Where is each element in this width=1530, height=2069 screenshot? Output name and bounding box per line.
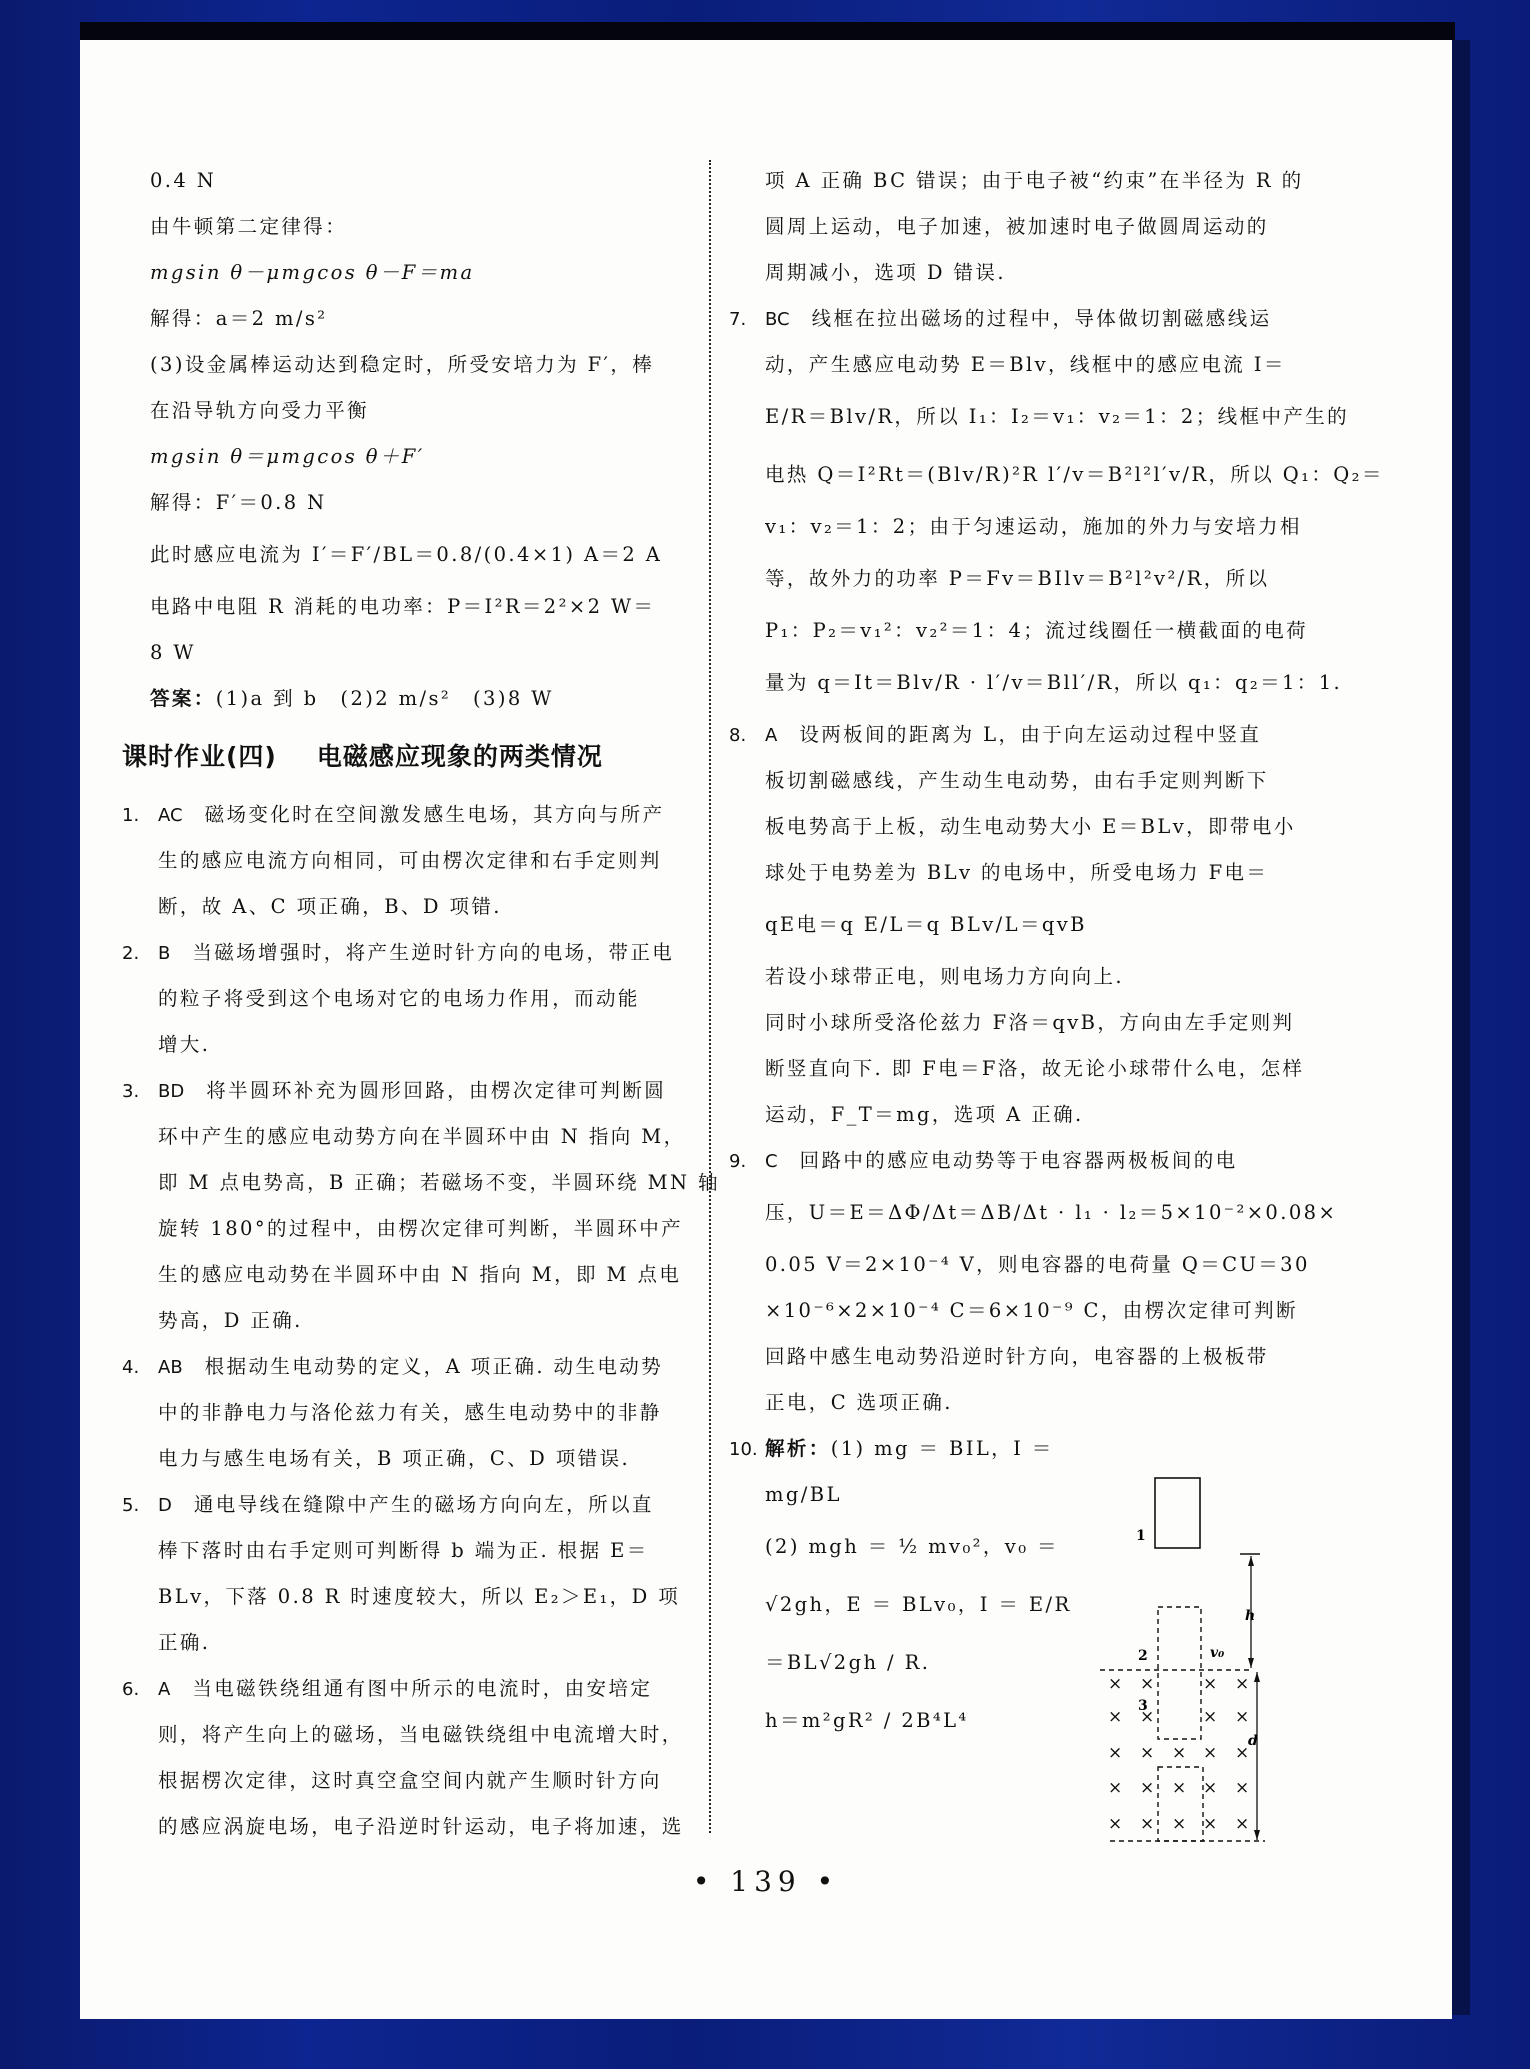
item-answer: C xyxy=(765,1151,778,1172)
answer-item-9: 9.C回路中的感应电动势等于电容器两极板间的电 压，U＝E＝ΔΦ/Δt＝ΔB/Δ… xyxy=(729,1138,1325,1426)
item-number: 4. xyxy=(122,1345,158,1391)
item-text: BLv，下落 0.8 R 时速度较大，所以 E₂＞E₁，D 项 xyxy=(158,1574,715,1620)
item-text: 板切割磁感线，产生动生电动势，由右手定则判断下 xyxy=(765,758,1325,804)
item-text: 运动，F_T＝mg，选项 A 正确. xyxy=(765,1092,1325,1138)
section-title-text: 电磁感应现象的两类情况 xyxy=(317,742,603,771)
answer-item-2: 2.B当磁场增强时，将产生逆时针方向的电场，带正电 的粒子将受到这个电场对它的电… xyxy=(122,930,715,1068)
item-text: 将半圆环补充为圆形回路，由楞次定律可判断圆 xyxy=(206,1079,666,1102)
svg-text:×: × xyxy=(1235,1814,1249,1834)
text-line: 解得：a＝2 m/s² xyxy=(150,296,715,342)
item-text: 根据楞次定律，这时真空盒空间内就产生顺时针方向 xyxy=(158,1758,715,1804)
item-text: v₁：v₂＝1：2；由于匀速运动，施加的外力与安培力相 xyxy=(765,504,1325,550)
answer-text: (1)a 到 b (2)2 m/s² (3)8 W xyxy=(216,687,554,710)
item-text: 设两板间的距离为 L，由于向左运动过程中竖直 xyxy=(799,723,1261,746)
svg-text:×: × xyxy=(1108,1674,1122,1694)
section-title-prefix: 课时作业(四) xyxy=(122,742,277,771)
svg-text:×: × xyxy=(1203,1674,1217,1694)
svg-text:×: × xyxy=(1140,1674,1154,1694)
item-text: 旋转 180°的过程中，由楞次定律可判断，半圆环中产 xyxy=(158,1206,715,1252)
item-text: 球处于电势差为 BLv 的电场中，所受电场力 F电＝ xyxy=(765,850,1325,896)
answer-item-4: 4.AB根据动生电动势的定义，A 项正确. 动生电动势 中的非静电力与洛伦兹力有… xyxy=(122,1344,715,1482)
item-text: 等，故外力的功率 P＝Fv＝BIlv＝B²l²v²/R，所以 xyxy=(765,550,1325,608)
label-height: h xyxy=(1245,1608,1255,1624)
item-number: 3. xyxy=(122,1069,158,1115)
answer-item-8: 8.A设两板间的距离为 L，由于向左运动过程中竖直 板切割磁感线，产生动生电动势… xyxy=(729,712,1325,1138)
continuation-line: 项 A 正确 BC 错误；由于电子被“约束”在半径为 R 的 xyxy=(765,158,1325,204)
item-text: 电热 Q＝I²Rt＝(Blv/R)²R l′/v＝B²l²l′v/R，所以 Q₁… xyxy=(765,446,1325,504)
scan-right-shadow xyxy=(1452,40,1470,2015)
answer-item-10: 10.解析：(1) mg ＝ BIL，I ＝ mg/BL (2) mgh ＝ ½… xyxy=(729,1426,1095,1750)
item-answer: 解析： xyxy=(765,1437,831,1460)
item-text: 断，故 A、C 项正确，B、D 项错. xyxy=(158,884,715,930)
item-text: 回路中感生电动势沿逆时针方向，电容器的上极板带 xyxy=(765,1334,1325,1380)
loop-falling-into-field-figure: 1 h 2 v₀ 3 d ×××× ×××× xyxy=(1100,1460,1300,1850)
item-text: 正电，C 选项正确. xyxy=(765,1380,1325,1426)
item-number: 2. xyxy=(122,931,158,977)
item-text: 势高，D 正确. xyxy=(158,1298,715,1344)
item-text: mg/BL xyxy=(765,1472,1095,1518)
left-column: 0.4 N 由牛顿第二定律得： mgsin θ－μmgcos θ－F＝ma 解得… xyxy=(150,158,715,1850)
item-text: 的感应涡旋电场，电子沿逆时针运动，电子将加速，选 xyxy=(158,1804,715,1850)
text-line: 此时感应电流为 I′＝F′/BL＝0.8/(0.4×1) A＝2 A xyxy=(150,526,715,584)
svg-text:×: × xyxy=(1203,1814,1217,1834)
item-text: 量为 q＝It＝Blv/R · l′/v＝Bll′/R，所以 q₁：q₂＝1：1… xyxy=(765,654,1325,712)
svg-text:×: × xyxy=(1108,1707,1122,1727)
svg-text:×: × xyxy=(1203,1707,1217,1727)
svg-text:×: × xyxy=(1140,1778,1154,1798)
svg-text:×: × xyxy=(1108,1743,1122,1763)
item-text: (1) mg ＝ BIL，I ＝ xyxy=(831,1437,1054,1460)
item-text: ＝BL√2gh / R. xyxy=(765,1634,1095,1692)
magnetic-field-diagram: 1 h 2 v₀ 3 d ×××× ×××× xyxy=(1100,1460,1300,1850)
answer-item-5: 5.D通电导线在缝隙中产生的磁场方向向左，所以直 棒下落时由右手定则可判断得 b… xyxy=(122,1482,715,1666)
item-text: 当磁场增强时，将产生逆时针方向的电场，带正电 xyxy=(192,941,674,964)
item-number: 7. xyxy=(729,297,765,343)
text-line: 解得：F′＝0.8 N xyxy=(150,480,715,526)
label-position-1: 1 xyxy=(1136,1528,1146,1544)
answer-item-7: 7.BC线框在拉出磁场的过程中，导体做切割磁感线运 动，产生感应电动势 E＝Bl… xyxy=(729,296,1325,712)
label-position-2: 2 xyxy=(1138,1648,1148,1664)
text-line: (3)设金属棒运动达到稳定时，所受安培力为 F′，棒 xyxy=(150,342,715,388)
document-page: 0.4 N 由牛顿第二定律得： mgsin θ－μmgcos θ－F＝ma 解得… xyxy=(80,40,1452,2019)
answer-item-1: 1.AC磁场变化时在空间激发感生电场，其方向与所产 生的感应电流方向相同，可由楞… xyxy=(122,792,715,930)
item-text: 增大. xyxy=(158,1022,715,1068)
page-number: • 139 • xyxy=(80,1865,1452,1898)
item-text: 中的非静电力与洛伦兹力有关，感生电动势中的非静 xyxy=(158,1390,715,1436)
item-number: 10. xyxy=(729,1427,765,1473)
item-text: 压，U＝E＝ΔΦ/Δt＝ΔB/Δt · l₁ · l₂＝5×10⁻²×0.08× xyxy=(765,1184,1325,1242)
item-text: 电力与感生电场有关，B 项正确，C、D 项错误. xyxy=(158,1436,715,1482)
svg-text:×: × xyxy=(1140,1814,1154,1834)
continuation-line: 圆周上运动，电子加速，被加速时电子做圆周运动的 xyxy=(765,204,1325,250)
equation-line: mgsin θ＝μmgcos θ＋F′ xyxy=(150,434,715,480)
item-text: qE电＝q E/L＝q BLv/L＝qvB xyxy=(765,896,1325,954)
svg-text:×: × xyxy=(1235,1743,1249,1763)
item-number: 6. xyxy=(122,1667,158,1713)
page-number-value: 139 xyxy=(730,1865,801,1898)
continuation-line: 周期减小，选项 D 错误. xyxy=(765,250,1325,296)
item-number: 8. xyxy=(729,713,765,759)
item-number: 5. xyxy=(122,1483,158,1529)
column-divider xyxy=(709,160,711,1833)
item-text: 磁场变化时在空间激发感生电场，其方向与所产 xyxy=(205,803,665,826)
item-text: ×10⁻⁶×2×10⁻⁴ C＝6×10⁻⁹ C，由楞次定律可判断 xyxy=(765,1288,1325,1334)
item-text: 动，产生感应电动势 E＝Blv，线框中的感应电流 I＝ xyxy=(765,342,1325,388)
item-text: 若设小球带正电，则电场力方向向上. xyxy=(765,954,1325,1000)
answer-line: 答案：(1)a 到 b (2)2 m/s² (3)8 W xyxy=(150,676,715,722)
item-number: 9. xyxy=(729,1139,765,1185)
item-text: E/R＝Blv/R，所以 I₁：I₂＝v₁：v₂＝1：2；线框中产生的 xyxy=(765,388,1325,446)
item-text: 生的感应电动势在半圆环中由 N 指向 M，即 M 点电 xyxy=(158,1252,715,1298)
text-line: 8 W xyxy=(150,630,715,676)
text-line: 0.4 N xyxy=(150,158,715,204)
item-text: 同时小球所受洛伦兹力 F洛＝qvB，方向由左手定则判 xyxy=(765,1000,1325,1046)
item-text: 当电磁铁绕组通有图中所示的电流时，由安培定 xyxy=(192,1677,652,1700)
item-text: (2) mgh ＝ ½ mv₀²，v₀ ＝ xyxy=(765,1518,1095,1576)
section-title: 课时作业(四)电磁感应现象的两类情况 xyxy=(122,722,715,792)
item-text: 则，将产生向上的磁场，当电磁铁绕组中电流增大时， xyxy=(158,1712,715,1758)
item-answer: BC xyxy=(765,309,790,330)
item-number: 1. xyxy=(122,793,158,839)
text-line: 电路中电阻 R 消耗的电功率：P＝I²R＝2²×2 W＝ xyxy=(150,584,715,630)
item-text: 回路中的感应电动势等于电容器两极板间的电 xyxy=(800,1149,1238,1172)
label-depth: d xyxy=(1248,1733,1258,1749)
svg-text:×: × xyxy=(1108,1778,1122,1798)
item-answer: AB xyxy=(158,1357,183,1378)
item-text: h＝m²gR² / 2B⁴L⁴ xyxy=(765,1692,1095,1750)
item-text: 即 M 点电势高，B 正确；若磁场不变，半圆环绕 MN 轴 xyxy=(158,1160,715,1206)
svg-text:×: × xyxy=(1108,1814,1122,1834)
item-text: P₁：P₂＝v₁²：v₂²＝1：4；流过线圈任一横截面的电荷 xyxy=(765,608,1325,654)
svg-text:×: × xyxy=(1235,1674,1249,1694)
item-answer: A xyxy=(158,1679,170,1700)
svg-text:×: × xyxy=(1203,1743,1217,1763)
item-answer: D xyxy=(158,1495,172,1516)
answer-label: 答案： xyxy=(150,687,216,710)
equation-line: mgsin θ－μmgcos θ－F＝ma xyxy=(150,250,715,296)
item-text: 板电势高于上板，动生电动势大小 E＝BLv，即带电小 xyxy=(765,804,1325,850)
svg-text:×: × xyxy=(1140,1743,1154,1763)
item-text: 环中产生的感应电动势方向在半圆环中由 N 指向 M， xyxy=(158,1114,715,1160)
text-line: 由牛顿第二定律得： xyxy=(150,204,715,250)
item-answer: BD xyxy=(158,1081,184,1102)
text-line: 在沿导轨方向受力平衡 xyxy=(150,388,715,434)
answer-item-3: 3.BD将半圆环补充为圆形回路，由楞次定律可判断圆 环中产生的感应电动势方向在半… xyxy=(122,1068,715,1344)
svg-text:×: × xyxy=(1140,1707,1154,1727)
svg-text:×: × xyxy=(1172,1778,1186,1798)
svg-text:×: × xyxy=(1172,1814,1186,1834)
item-text: 线框在拉出磁场的过程中，导体做切割磁感线运 xyxy=(812,307,1272,330)
item-text: 棒下落时由右手定则可判断得 b 端为正. 根据 E＝ xyxy=(158,1528,715,1574)
item-text: 生的感应电流方向相同，可由楞次定律和右手定则判 xyxy=(158,838,715,884)
item-text: 通电导线在缝隙中产生的磁场方向向左，所以直 xyxy=(194,1493,654,1516)
item-text: 断竖直向下. 即 F电＝F洛，故无论小球带什么电，怎样 xyxy=(765,1046,1325,1092)
label-velocity: v₀ xyxy=(1210,1645,1224,1661)
answer-item-6: 6.A当电磁铁绕组通有图中所示的电流时，由安培定 则，将产生向上的磁场，当电磁铁… xyxy=(122,1666,715,1850)
item-answer: B xyxy=(158,943,170,964)
item-answer: A xyxy=(765,725,777,746)
svg-text:×: × xyxy=(1235,1778,1249,1798)
svg-text:×: × xyxy=(1203,1778,1217,1798)
item-answer: AC xyxy=(158,805,183,826)
item-text: √2gh，E ＝ BLv₀，I ＝ E/R xyxy=(765,1576,1095,1634)
svg-text:×: × xyxy=(1172,1743,1186,1763)
item-text: 0.05 V＝2×10⁻⁴ V，则电容器的电荷量 Q＝CU＝30 xyxy=(765,1242,1325,1288)
item-text: 根据动生电动势的定义，A 项正确. 动生电动势 xyxy=(205,1355,663,1378)
svg-text:×: × xyxy=(1235,1707,1249,1727)
item-text: 正确. xyxy=(158,1620,715,1666)
item-text: 的粒子将受到这个电场对它的电场力作用，而动能 xyxy=(158,976,715,1022)
scan-top-edge xyxy=(80,22,1455,42)
magnetic-field-crosses: ×××× ×××× ××××× ××××× ××××× xyxy=(1108,1674,1249,1834)
